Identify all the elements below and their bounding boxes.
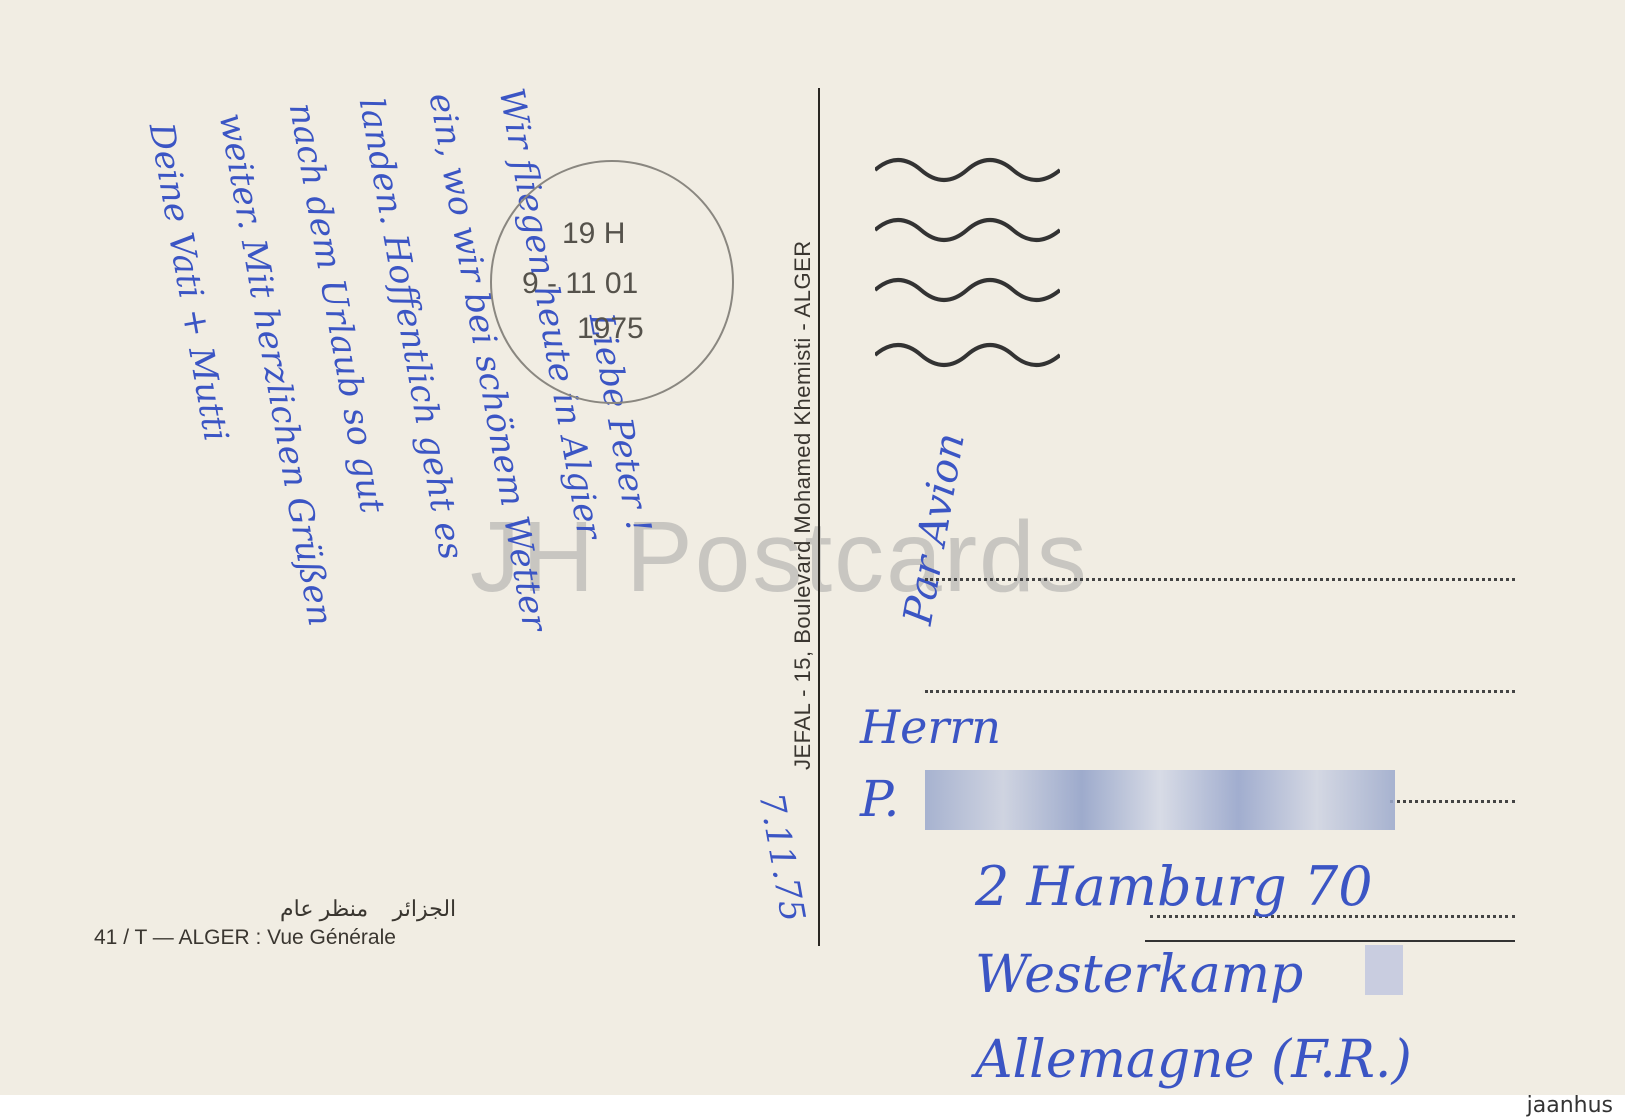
- address-country: Allemagne (F.R.): [975, 1030, 1412, 1090]
- caption: 41 / T — ALGER : Vue Générale: [94, 926, 396, 950]
- address-line: [925, 578, 1515, 581]
- publisher-imprint: JEFAL - 15, Boulevard Mohamed Khemisti -…: [790, 240, 816, 770]
- postcard-back: JH Postcards Deine Vati + Mutti weiter. …: [0, 0, 1625, 1095]
- cancellation-wave: [875, 210, 1060, 250]
- cancellation-wave: [875, 270, 1060, 310]
- address-salutation: Herrn: [860, 700, 1001, 754]
- caption-arabic: الجزائر منظر عام: [280, 896, 456, 922]
- date: 7.11.75: [751, 790, 813, 925]
- divider-line: [818, 88, 820, 946]
- redacted-name: [925, 770, 1395, 830]
- cancellation-wave: [875, 335, 1060, 375]
- postmark: 19 H 9 - 11 01 1975: [490, 160, 734, 404]
- address-name: P.: [860, 770, 899, 828]
- address-street: Westerkamp: [975, 945, 1303, 1005]
- redacted-number: [1365, 945, 1403, 995]
- address-city: 2 Hamburg 70: [975, 855, 1373, 918]
- credit-label: jaanhus: [1527, 1093, 1613, 1117]
- watermark: JH Postcards: [470, 500, 1089, 615]
- address-line: [1390, 800, 1515, 803]
- address-underline: [1145, 940, 1515, 942]
- cancellation-wave: [875, 150, 1060, 190]
- address-line: [925, 690, 1515, 693]
